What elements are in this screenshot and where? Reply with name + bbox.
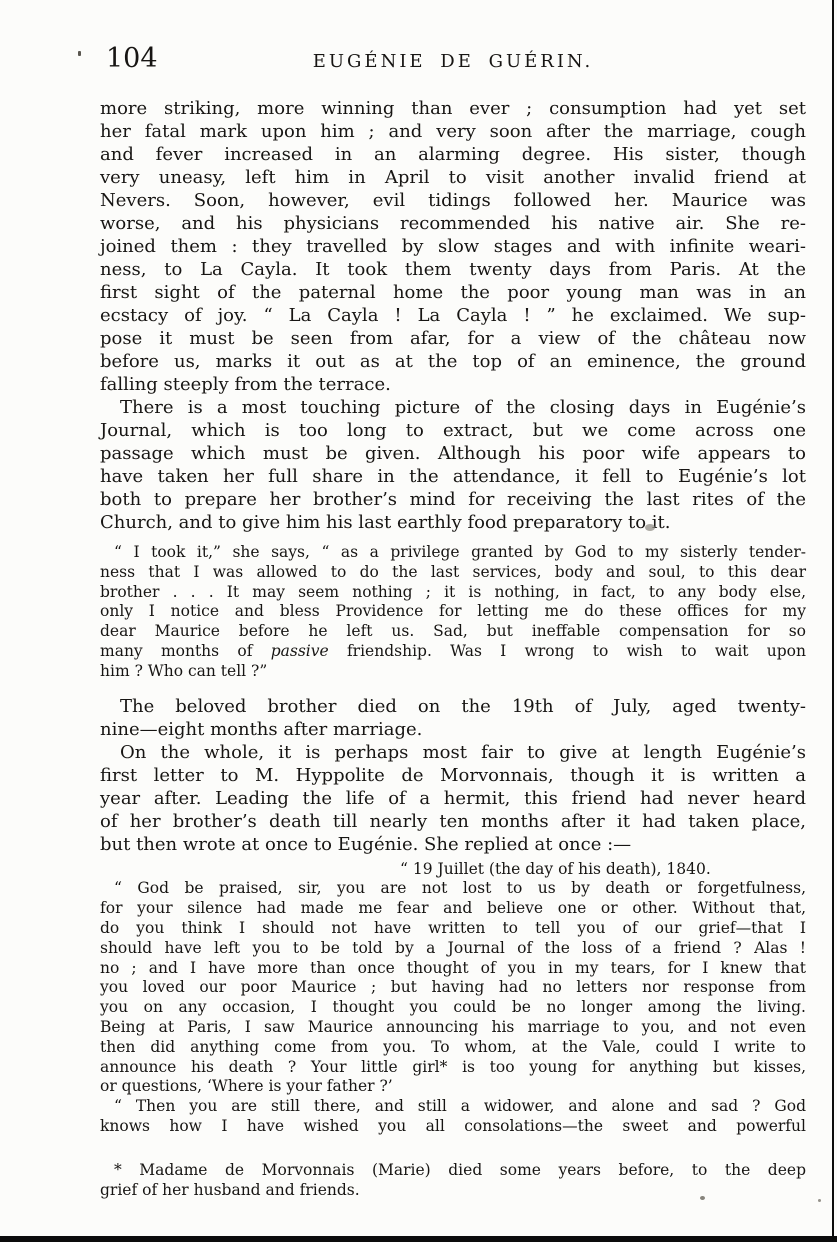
text-line: brother . . . It may seem nothing ; it i…: [100, 583, 806, 603]
text-line: falling steeply from the terrace.: [100, 373, 806, 396]
text-line: more striking, more winning than ever ; …: [100, 97, 806, 120]
letter-paragraph-1: “ God be praised, sir, you are not lost …: [100, 879, 806, 1097]
text-line: dear Maurice before he left us. Sad, but…: [100, 622, 806, 642]
text-line: worse, and his physicians recommended hi…: [100, 212, 806, 235]
text-line: “ Then you are still there, and still a …: [100, 1097, 806, 1117]
text-line: Being at Paris, I saw Maurice announcing…: [100, 1018, 806, 1038]
text-line: knows how I have wished you all consolat…: [100, 1117, 806, 1137]
text-line: or questions, ‘Where is your father ?’: [100, 1077, 806, 1097]
text-line: There is a most touching picture of the …: [100, 396, 806, 419]
text-line: only I notice and bless Providence for l…: [100, 602, 806, 622]
text-line: nine—eight months after marriage.: [100, 718, 806, 741]
scan-speck: [700, 1196, 705, 1200]
text-line: many months of passive friendship. Was I…: [100, 642, 806, 662]
text-line: ness that I was allowed to do the last s…: [100, 563, 806, 583]
scan-bottom-edge: [0, 1236, 837, 1242]
text-line: both to prepare her brother’s mind for r…: [100, 488, 806, 511]
text-line: him ? Who can tell ?”: [100, 662, 806, 682]
text-line: “ 19 Juillet (the day of his death), 184…: [100, 860, 806, 880]
text-line: have taken her full share in the attenda…: [100, 465, 806, 488]
book-page: 104 EUGÉNIE DE GUÉRIN. more striking, mo…: [0, 0, 837, 1242]
text-line: The beloved brother died on the 19th of …: [100, 695, 806, 718]
text-line: passage which must be given. Although hi…: [100, 442, 806, 465]
footnote: * Madame de Morvonnais (Marie) died some…: [100, 1161, 806, 1201]
italic-text: passive: [271, 642, 329, 660]
text-line: do you think I should not have written t…: [100, 919, 806, 939]
journal-paragraph: There is a most touching picture of the …: [100, 396, 806, 534]
text-line: ecstacy of joy. “ La Cayla ! La Cayla ! …: [100, 304, 806, 327]
text-line: very uneasy, left him in April to visit …: [100, 166, 806, 189]
text-line: should have left you to be told by a Jou…: [100, 939, 806, 959]
text-line: first sight of the paternal home the poo…: [100, 281, 806, 304]
text-line: no ; and I have more than once thought o…: [100, 959, 806, 979]
text-line: her fatal mark upon him ; and very soon …: [100, 120, 806, 143]
letter-paragraph-2: “ Then you are still there, and still a …: [100, 1097, 806, 1137]
text-line: Journal, which is too long to extract, b…: [100, 419, 806, 442]
text-line: On the whole, it is perhaps most fair to…: [100, 741, 806, 764]
scan-speck: [78, 51, 81, 56]
text-line: and fever increased in an alarming degre…: [100, 143, 806, 166]
letter-intro-paragraph: On the whole, it is perhaps most fair to…: [100, 741, 806, 856]
text-line: first letter to M. Hyppolite de Morvonna…: [100, 764, 806, 787]
text-line: Church, and to give him his last earthly…: [100, 511, 806, 534]
text-line: of her brother’s death till nearly ten m…: [100, 810, 806, 833]
journal-extract: “ I took it,” she says, “ as a privilege…: [100, 543, 806, 682]
text-line: year after. Leading the life of a hermit…: [100, 787, 806, 810]
letter-dateline: “ 19 Juillet (the day of his death), 184…: [100, 860, 806, 880]
text-line: Nevers. Soon, however, evil tidings foll…: [100, 189, 806, 212]
opening-paragraph: more striking, more winning than ever ; …: [100, 97, 806, 396]
scan-right-edge: [832, 0, 834, 1242]
text-line: announce his death ? Your little girl* i…: [100, 1058, 806, 1078]
ink-smudge: [645, 524, 655, 531]
text-line: pose it must be seen from afar, for a vi…: [100, 327, 806, 350]
page-header: 104 EUGÉNIE DE GUÉRIN.: [100, 44, 806, 80]
text-line: ness, to La Cayla. It took them twenty d…: [100, 258, 806, 281]
running-title: EUGÉNIE DE GUÉRIN.: [100, 51, 806, 72]
text-column: more striking, more winning than ever ; …: [100, 97, 806, 1200]
text-line: for your silence had made me fear and be…: [100, 899, 806, 919]
text-line: but then wrote at once to Eugénie. She r…: [100, 833, 806, 856]
death-paragraph: The beloved brother died on the 19th of …: [100, 695, 806, 741]
text-line: * Madame de Morvonnais (Marie) died some…: [100, 1161, 806, 1181]
text-line: you loved our poor Maurice ; but having …: [100, 978, 806, 998]
text-line: then did anything come from you. To whom…: [100, 1038, 806, 1058]
text-line: before us, marks it out as at the top of…: [100, 350, 806, 373]
text-line: “ God be praised, sir, you are not lost …: [100, 879, 806, 899]
scan-speck: [818, 1199, 821, 1202]
text-line: “ I took it,” she says, “ as a privilege…: [100, 543, 806, 563]
text-line: joined them : they travelled by slow sta…: [100, 235, 806, 258]
text-line: you on any occasion, I thought you could…: [100, 998, 806, 1018]
